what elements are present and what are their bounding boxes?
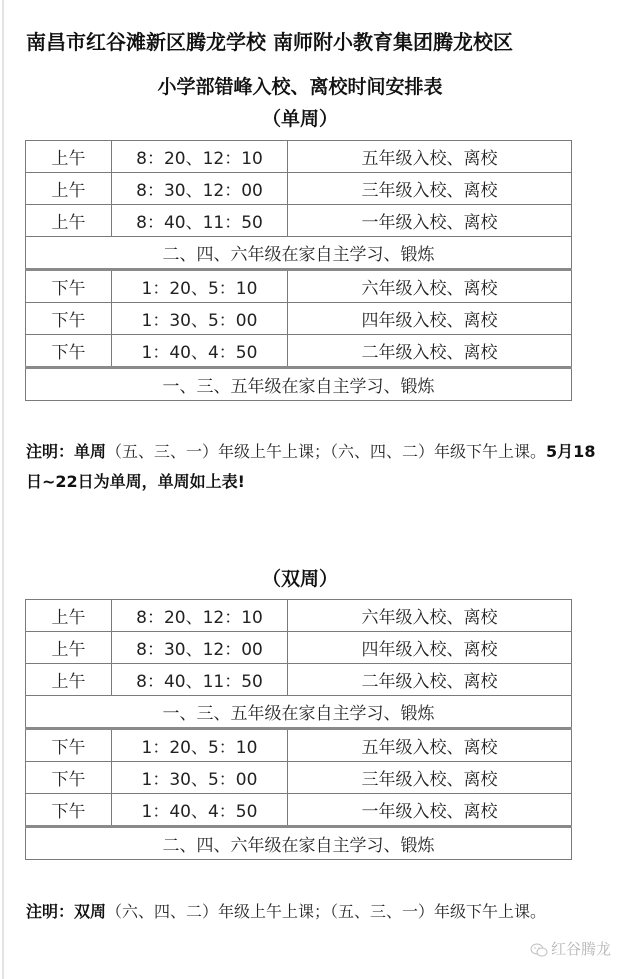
single-week-note: 注明：单周（五、三、一）年级上午上课；（六、四、二）年级下午上课。5月18日~2… <box>26 437 606 497</box>
grade-cell: 六年级入校、离校 <box>288 270 572 303</box>
double-week-label: （双周） <box>0 564 600 591</box>
period-cell: 下午 <box>26 762 112 794</box>
time-cell: 1：20、5：10 <box>112 729 288 762</box>
note-label: 注明： <box>26 442 74 461</box>
note-text: （五、三、一）年级上午上课；（六、四、二）年级下午上课。 <box>106 442 546 461</box>
table-row: 下午 1：40、4：50 二年级入校、离校 <box>26 335 572 368</box>
table-row-home-study: 二、四、六年级在家自主学习、锻炼 <box>26 237 572 270</box>
page-left-edge <box>2 0 4 979</box>
table-row: 下午 1：30、5：00 三年级入校、离校 <box>26 762 572 794</box>
school-title: 南昌市红谷滩新区腾龙学校 南师附小教育集团腾龙校区 <box>26 26 586 55</box>
home-study-cell: 一、三、五年级在家自主学习、锻炼 <box>26 696 572 729</box>
period-cell: 下午 <box>26 794 112 827</box>
table-row-home-study: 二、四、六年级在家自主学习、锻炼 <box>26 827 572 860</box>
grade-cell: 二年级入校、离校 <box>288 664 572 696</box>
note-week-type: 单周 <box>74 442 106 461</box>
home-study-cell: 一、三、五年级在家自主学习、锻炼 <box>26 368 572 401</box>
time-cell: 8：40、11：50 <box>112 205 288 237</box>
time-cell: 1：30、5：00 <box>112 762 288 794</box>
single-week-label: （单周） <box>0 104 600 131</box>
table-row: 下午 1：40、4：50 一年级入校、离校 <box>26 794 572 827</box>
time-cell: 8：20、12：10 <box>112 141 288 173</box>
wechat-icon <box>530 943 548 957</box>
time-cell: 1：40、4：50 <box>112 794 288 827</box>
grade-cell: 三年级入校、离校 <box>288 762 572 794</box>
table-row: 上午 8：40、11：50 二年级入校、离校 <box>26 664 572 696</box>
time-cell: 1：40、4：50 <box>112 335 288 368</box>
grade-cell: 五年级入校、离校 <box>288 729 572 762</box>
grade-cell: 五年级入校、离校 <box>288 141 572 173</box>
table-row: 上午 8：30、12：00 四年级入校、离校 <box>26 632 572 664</box>
period-cell: 上午 <box>26 205 112 237</box>
home-study-cell: 二、四、六年级在家自主学习、锻炼 <box>26 237 572 270</box>
note-week-type: 双周 <box>74 902 106 921</box>
grade-cell: 四年级入校、离校 <box>288 632 572 664</box>
table-row: 上午 8：30、12：00 三年级入校、离校 <box>26 173 572 205</box>
period-cell: 下午 <box>26 729 112 762</box>
table-row-home-study: 一、三、五年级在家自主学习、锻炼 <box>26 368 572 401</box>
double-week-note: 注明：双周（六、四、二）年级上午上课；（五、三、一）年级下午上课。 <box>26 897 606 927</box>
time-cell: 1：30、5：00 <box>112 303 288 335</box>
double-week-table: 上午 8：20、12：10 六年级入校、离校 上午 8：30、12：00 四年级… <box>25 599 572 860</box>
time-cell: 8：30、12：00 <box>112 632 288 664</box>
period-cell: 上午 <box>26 141 112 173</box>
period-cell: 下午 <box>26 270 112 303</box>
table-row: 下午 1：20、5：10 六年级入校、离校 <box>26 270 572 303</box>
time-cell: 8：30、12：00 <box>112 173 288 205</box>
home-study-cell: 二、四、六年级在家自主学习、锻炼 <box>26 827 572 860</box>
schedule-title: 小学部错峰入校、离校时间安排表 <box>0 72 640 99</box>
note-label: 注明： <box>26 902 74 921</box>
grade-cell: 二年级入校、离校 <box>288 335 572 368</box>
single-week-table: 上午 8：20、12：10 五年级入校、离校 上午 8：30、12：00 三年级… <box>25 140 572 401</box>
watermark: 红谷腾龙 <box>530 938 611 959</box>
note-text: （六、四、二）年级上午上课；（五、三、一）年级下午上课。 <box>106 902 546 921</box>
table-row: 下午 1：30、5：00 四年级入校、离校 <box>26 303 572 335</box>
period-cell: 下午 <box>26 303 112 335</box>
grade-cell: 六年级入校、离校 <box>288 600 572 632</box>
watermark-text: 红谷腾龙 <box>551 940 611 958</box>
period-cell: 上午 <box>26 173 112 205</box>
time-cell: 8：40、11：50 <box>112 664 288 696</box>
table-row: 上午 8：40、11：50 一年级入校、离校 <box>26 205 572 237</box>
period-cell: 上午 <box>26 600 112 632</box>
period-cell: 上午 <box>26 632 112 664</box>
grade-cell: 一年级入校、离校 <box>288 794 572 827</box>
table-row: 上午 8：20、12：10 五年级入校、离校 <box>26 141 572 173</box>
schedule-title-text: 小学部错峰入校、离校时间安排表 <box>157 72 442 99</box>
time-cell: 1：20、5：10 <box>112 270 288 303</box>
time-cell: 8：20、12：10 <box>112 600 288 632</box>
grade-cell: 四年级入校、离校 <box>288 303 572 335</box>
table-row: 上午 8：20、12：10 六年级入校、离校 <box>26 600 572 632</box>
period-cell: 上午 <box>26 664 112 696</box>
table-row-home-study: 一、三、五年级在家自主学习、锻炼 <box>26 696 572 729</box>
table-row: 下午 1：20、5：10 五年级入校、离校 <box>26 729 572 762</box>
grade-cell: 一年级入校、离校 <box>288 205 572 237</box>
grade-cell: 三年级入校、离校 <box>288 173 572 205</box>
period-cell: 下午 <box>26 335 112 368</box>
